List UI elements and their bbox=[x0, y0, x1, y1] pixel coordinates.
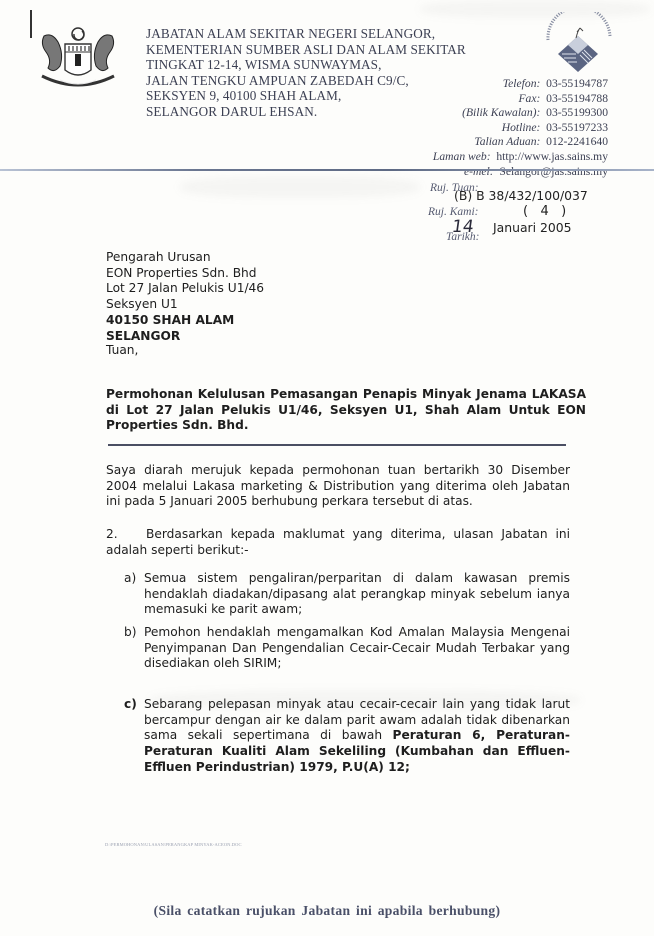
paragraph-2-text: Berdasarkan kepada maklumat yang diterim… bbox=[106, 527, 570, 557]
paragraph-number: 2. bbox=[106, 527, 146, 543]
header-divider bbox=[0, 169, 654, 171]
list-marker: c) bbox=[124, 697, 137, 713]
subject-underline bbox=[108, 444, 566, 446]
contact-complaint-line: Talian Aduan: 012-2241640 bbox=[433, 135, 608, 150]
contact-phone: Telefon: 03-55194787 bbox=[433, 77, 608, 92]
margin-mark bbox=[30, 10, 32, 38]
recipient-line: Seksyen U1 bbox=[106, 297, 264, 313]
address-line: SELANGOR DARUL EHSAN. bbox=[146, 104, 466, 120]
tarikh-value: Januari 2005 bbox=[493, 220, 572, 235]
jas-logo-icon bbox=[540, 12, 616, 74]
recipient-line: EON Properties Sdn. Bhd bbox=[106, 266, 264, 282]
list-item-text: Semua sistem pengaliran/perparitan di da… bbox=[144, 571, 570, 618]
handwritten-day: 14 bbox=[451, 217, 475, 237]
address-line: JALAN TENGKU AMPUAN ZABEDAH C9/C, bbox=[146, 73, 466, 89]
paragraph-1: Saya diarah merujuk kepada permohonan tu… bbox=[106, 463, 570, 510]
address-line: SEKSYEN 9, 40100 SHAH ALAM, bbox=[146, 88, 466, 104]
subject-heading: Permohonan Kelulusan Pemasangan Penapis … bbox=[106, 387, 586, 434]
contact-control-room: (Bilik Kawalan): 03-55199300 bbox=[433, 106, 608, 121]
footer-note: (Sila catatkan rujukan Jabatan ini apabi… bbox=[0, 903, 654, 919]
email-link[interactable]: Selangor@jas.sains.my bbox=[499, 165, 608, 178]
agency-address: JABATAN ALAM SEKITAR NEGERI SELANGOR, KE… bbox=[146, 26, 466, 120]
ruj-tuan-value: (B) B 38/432/100/037 bbox=[454, 188, 588, 203]
contact-email: e-mel: Selangor@jas.sains.my bbox=[433, 165, 608, 180]
list-item: c) Sebarang pelepasan minyak atau cecair… bbox=[124, 697, 570, 776]
malaysia-coat-of-arms-icon bbox=[38, 24, 118, 94]
list-item-text: Pemohon hendaklah mengamalkan Kod Amalan… bbox=[144, 625, 570, 672]
recipient-line: Pengarah Urusan bbox=[106, 250, 264, 266]
scan-smudge bbox=[180, 176, 420, 198]
list-marker: a) bbox=[124, 571, 136, 587]
file-path-footer: D:\PERMOHONAN\ULASAN\PERANGKAP MINYAK-AC… bbox=[105, 842, 242, 847]
salutation: Tuan, bbox=[106, 343, 138, 359]
contact-details: Telefon: 03-55194787 Fax: 03-55194788 (B… bbox=[433, 77, 608, 179]
ruj-kami-value: ( 4 ) bbox=[523, 204, 566, 219]
website-link[interactable]: http://www.jas.sains.my bbox=[496, 150, 608, 163]
contact-fax: Fax: 03-55194788 bbox=[433, 92, 608, 107]
recipient-line: 40150 SHAH ALAM bbox=[106, 313, 264, 329]
paragraph-2: 2.Berdasarkan kepada maklumat yang diter… bbox=[106, 527, 570, 558]
list-item: a) Semua sistem pengaliran/perparitan di… bbox=[124, 571, 570, 618]
address-line: JABATAN ALAM SEKITAR NEGERI SELANGOR, bbox=[146, 26, 466, 42]
list-item: b) Pemohon hendaklah mengamalkan Kod Ama… bbox=[124, 625, 570, 672]
list-item-text: Sebarang pelepasan minyak atau cecair-ce… bbox=[144, 697, 570, 776]
contact-website: Laman web: http://www.jas.sains.my bbox=[433, 150, 608, 165]
recipient-line: SELANGOR bbox=[106, 329, 264, 345]
list-marker: b) bbox=[124, 625, 137, 641]
address-line: TINGKAT 12-14, WISMA SUNWAYMAS, bbox=[146, 57, 466, 73]
contact-hotline: Hotline: 03-55197233 bbox=[433, 121, 608, 136]
address-line: KEMENTERIAN SUMBER ASLI DAN ALAM SEKITAR bbox=[146, 42, 466, 58]
recipient-line: Lot 27 Jalan Pelukis U1/46 bbox=[106, 281, 264, 297]
recipient-address: Pengarah Urusan EON Properties Sdn. Bhd … bbox=[106, 250, 264, 344]
